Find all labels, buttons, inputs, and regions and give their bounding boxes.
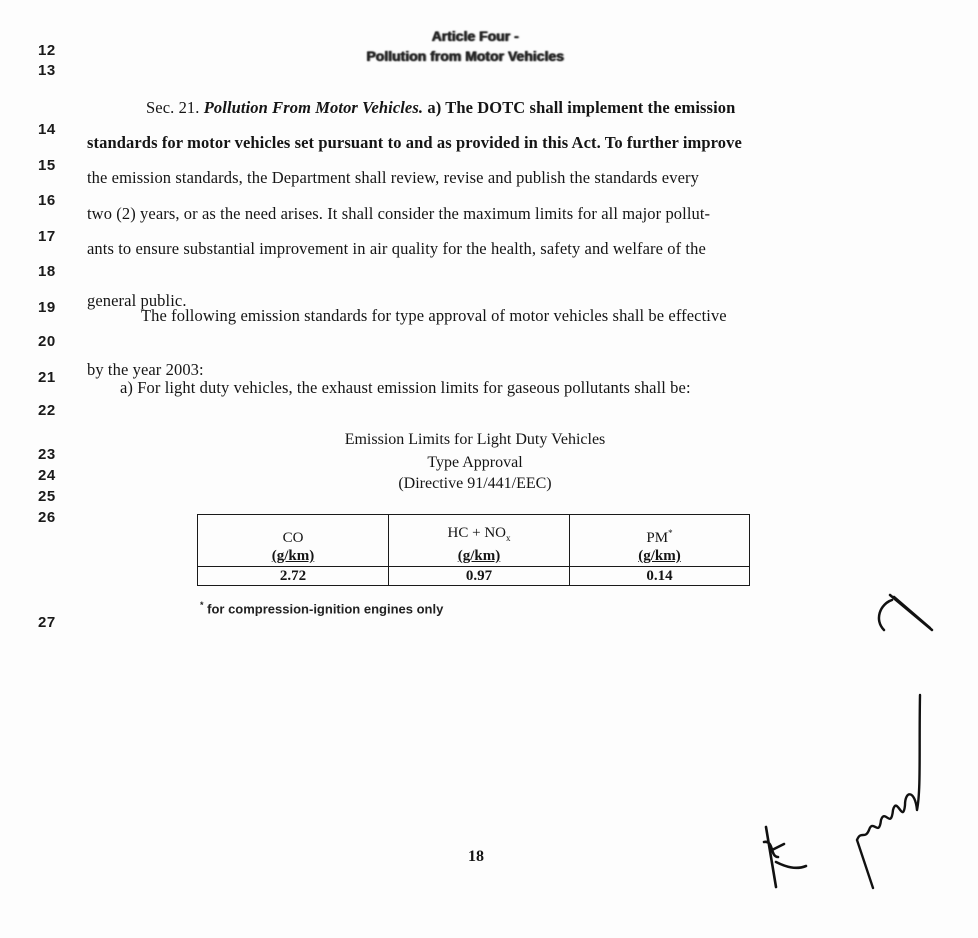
body-line-16: the emission standards, the Department s…: [87, 168, 847, 188]
initial-mark-icon: [756, 822, 816, 892]
line-number-26: 26: [38, 509, 56, 526]
line-number-24: 24: [38, 467, 56, 484]
table-row: 2.72 0.97 0.14: [198, 567, 750, 586]
line-number-27: 27: [38, 614, 56, 631]
body-line-21: by the year 2003:: [87, 360, 847, 380]
header-pm-name: PM: [646, 530, 668, 546]
body-line-14: Sec. 21. Pollution From Motor Vehicles. …: [146, 98, 906, 118]
line-number-19: 19: [38, 299, 56, 316]
value-hc-nox: 0.97: [389, 567, 570, 586]
line-number-14: 14: [38, 121, 56, 138]
header-co-name: CO: [283, 530, 304, 546]
header-co-unit: (g/km): [272, 548, 315, 564]
body-line-17: two (2) years, or as the need arises. It…: [87, 204, 847, 224]
line-number-25: 25: [38, 488, 56, 505]
value-pm: 0.14: [570, 567, 750, 586]
header-pm-footnote-marker: *: [668, 528, 673, 538]
header-hc-nox: HC + NOx (g/km): [389, 515, 570, 567]
footnote-text: for compression-ignition engines only: [207, 601, 443, 616]
emission-limits-table: CO (g/km) HC + NOx (g/km) PM* (g/km) 2.7…: [197, 514, 750, 586]
line-number-20: 20: [38, 333, 56, 350]
initials-signature-icon: [870, 590, 950, 650]
header-hc-nox-subscript: x: [506, 533, 511, 543]
body-line-22: a) For light duty vehicles, the exhaust …: [120, 378, 880, 398]
header-pm-unit: (g/km): [638, 548, 681, 564]
header-pm: PM* (g/km): [570, 515, 750, 567]
line-number-16: 16: [38, 192, 56, 209]
article-heading: Article Four -: [380, 28, 570, 44]
article-subheading: Pollution from Motor Vehicles: [320, 48, 610, 64]
table-subtitle: Type Approval: [260, 454, 690, 472]
line-number-12: 12: [38, 42, 56, 59]
table-footnote: * for compression-ignition engines only: [200, 600, 443, 616]
body-line-20: The following emission standards for typ…: [141, 306, 901, 326]
body-line-15: standards for motor vehicles set pursuan…: [87, 133, 847, 153]
header-hc-nox-unit: (g/km): [458, 548, 501, 564]
signature-icon: [845, 690, 935, 890]
header-hc-nox-name: HC + NO: [448, 525, 506, 541]
page-number: 18: [468, 848, 484, 866]
value-co: 2.72: [198, 567, 389, 586]
line-number-21: 21: [38, 369, 56, 386]
section-number: Sec. 21.: [146, 98, 200, 117]
footnote-marker: *: [200, 600, 204, 610]
line-number-15: 15: [38, 157, 56, 174]
section-title: Pollution From Motor Vehicles.: [204, 98, 423, 117]
line-number-13: 13: [38, 62, 56, 79]
line-number-22: 22: [38, 402, 56, 419]
body-line-18: ants to ensure substantial improvement i…: [87, 239, 847, 259]
table-header-row: CO (g/km) HC + NOx (g/km) PM* (g/km): [198, 515, 750, 567]
table-directive: (Directive 91/441/EEC): [260, 475, 690, 493]
line-number-18: 18: [38, 263, 56, 280]
table-title: Emission Limits for Light Duty Vehicles: [260, 431, 690, 449]
section-text: a) The DOTC shall implement the emission: [427, 98, 735, 117]
document-page: 12 13 14 15 16 17 18 19 20 21 22 23 24 2…: [0, 0, 978, 938]
line-number-23: 23: [38, 446, 56, 463]
header-co: CO (g/km): [198, 515, 389, 567]
line-number-17: 17: [38, 228, 56, 245]
